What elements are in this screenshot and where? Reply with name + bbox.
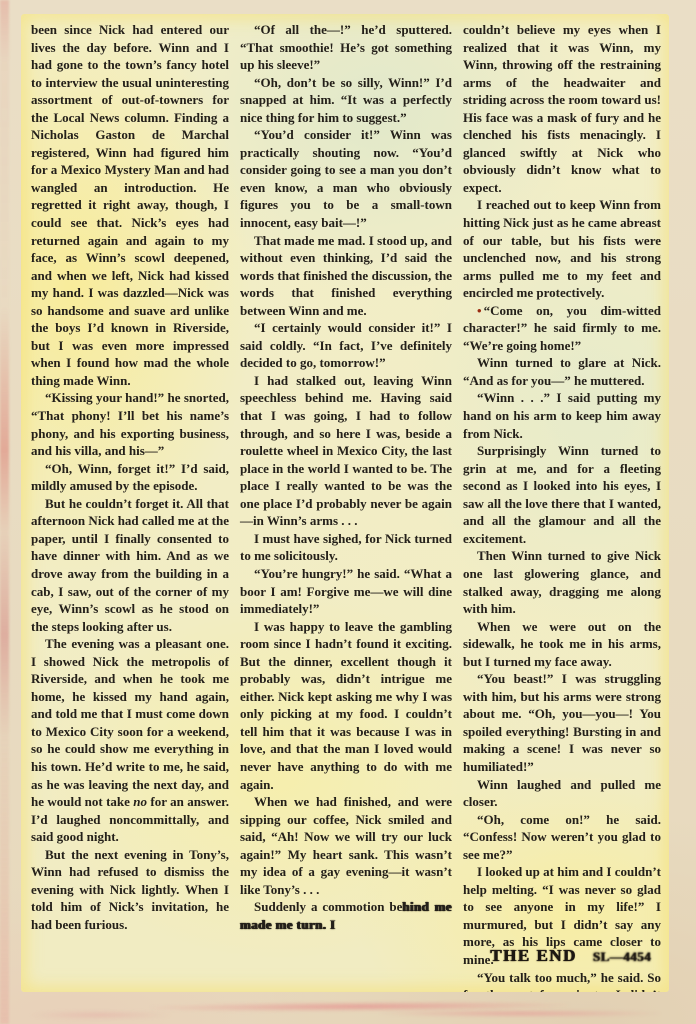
- paragraph: been since Nick had entered our lives th…: [31, 21, 229, 389]
- paragraph: “Oh, don’t be so silly, Winn!” I’d snapp…: [240, 74, 452, 127]
- paragraph: •“Come on, you dim-witted character!” he…: [463, 302, 661, 355]
- red-bullet-icon: •: [477, 303, 482, 318]
- paragraph: couldn’t believe my eyes when I realized…: [463, 21, 661, 196]
- issue-code: SL—4454: [593, 949, 651, 964]
- paragraph: That made me mad. I stood up, and withou…: [240, 232, 452, 320]
- paragraph: “You beast!” I was struggling with him, …: [463, 670, 661, 775]
- the-end-label: THE END: [490, 946, 577, 965]
- paragraph: I must have sighed, for Nick turned to m…: [240, 530, 452, 565]
- columns-container: been since Nick had entered our lives th…: [21, 14, 669, 992]
- paragraph: “I certainly would consider it!” I said …: [240, 319, 452, 372]
- paragraph: “You’d consider it!” Winn was practicall…: [240, 126, 452, 231]
- paragraph: Suddenly a commotion behind me made me t…: [240, 898, 452, 933]
- paragraph: I had stalked out, leaving Winn speechle…: [240, 372, 452, 530]
- paragraph: But the next evening in Tony’s, Winn had…: [31, 846, 229, 934]
- torn-edge-tint: [0, 0, 9, 1024]
- paragraph: I was happy to leave the gambling room s…: [240, 618, 452, 793]
- paragraph: “Of all the—!” he’d sputtered. “That smo…: [240, 21, 452, 74]
- comic-page: been since Nick had entered our lives th…: [0, 0, 696, 1024]
- text-column-2: “Of all the—!” he’d sputtered. “That smo…: [240, 21, 452, 992]
- paragraph: “Winn . . .” I said putting my hand on h…: [463, 389, 661, 442]
- paragraph: When we were out on the sidewalk, he too…: [463, 618, 661, 671]
- paragraph: Then Winn turned to give Nick one last g…: [463, 547, 661, 617]
- paragraph: Surprisingly Winn turned to grin at me, …: [463, 442, 661, 547]
- paragraph: “Kissing your hand!” he snorted, “That p…: [31, 389, 229, 459]
- paragraph: “You talk too much,” he said. So for the…: [463, 969, 661, 992]
- paragraph: “Oh, come on!” he said. “Confess! Now we…: [463, 811, 661, 864]
- paragraph: The evening was a pleasant one. I showed…: [31, 635, 229, 846]
- story-text-block: been since Nick had entered our lives th…: [21, 14, 669, 992]
- pink-smudge: [380, 1010, 660, 1017]
- paragraph: But he couldn’t forget it. All that afte…: [31, 495, 229, 635]
- end-line: THE ENDSL—4454: [490, 946, 651, 966]
- pink-smudge: [30, 1012, 170, 1018]
- paragraph: When we had finished, and were sipping o…: [240, 793, 452, 898]
- paragraph: “You’re hungry!” he said. “What a boor I…: [240, 565, 452, 618]
- text-column-1: been since Nick had entered our lives th…: [31, 21, 229, 992]
- text-column-3: couldn’t believe my eyes when I realized…: [463, 21, 661, 992]
- paragraph: I reached out to keep Winn from hitting …: [463, 196, 661, 301]
- paragraph: Winn turned to glare at Nick. “And as fo…: [463, 354, 661, 389]
- paragraph: “Oh, Winn, forget it!” I’d said, mildly …: [31, 460, 229, 495]
- paragraph: Winn laughed and pulled me closer.: [463, 776, 661, 811]
